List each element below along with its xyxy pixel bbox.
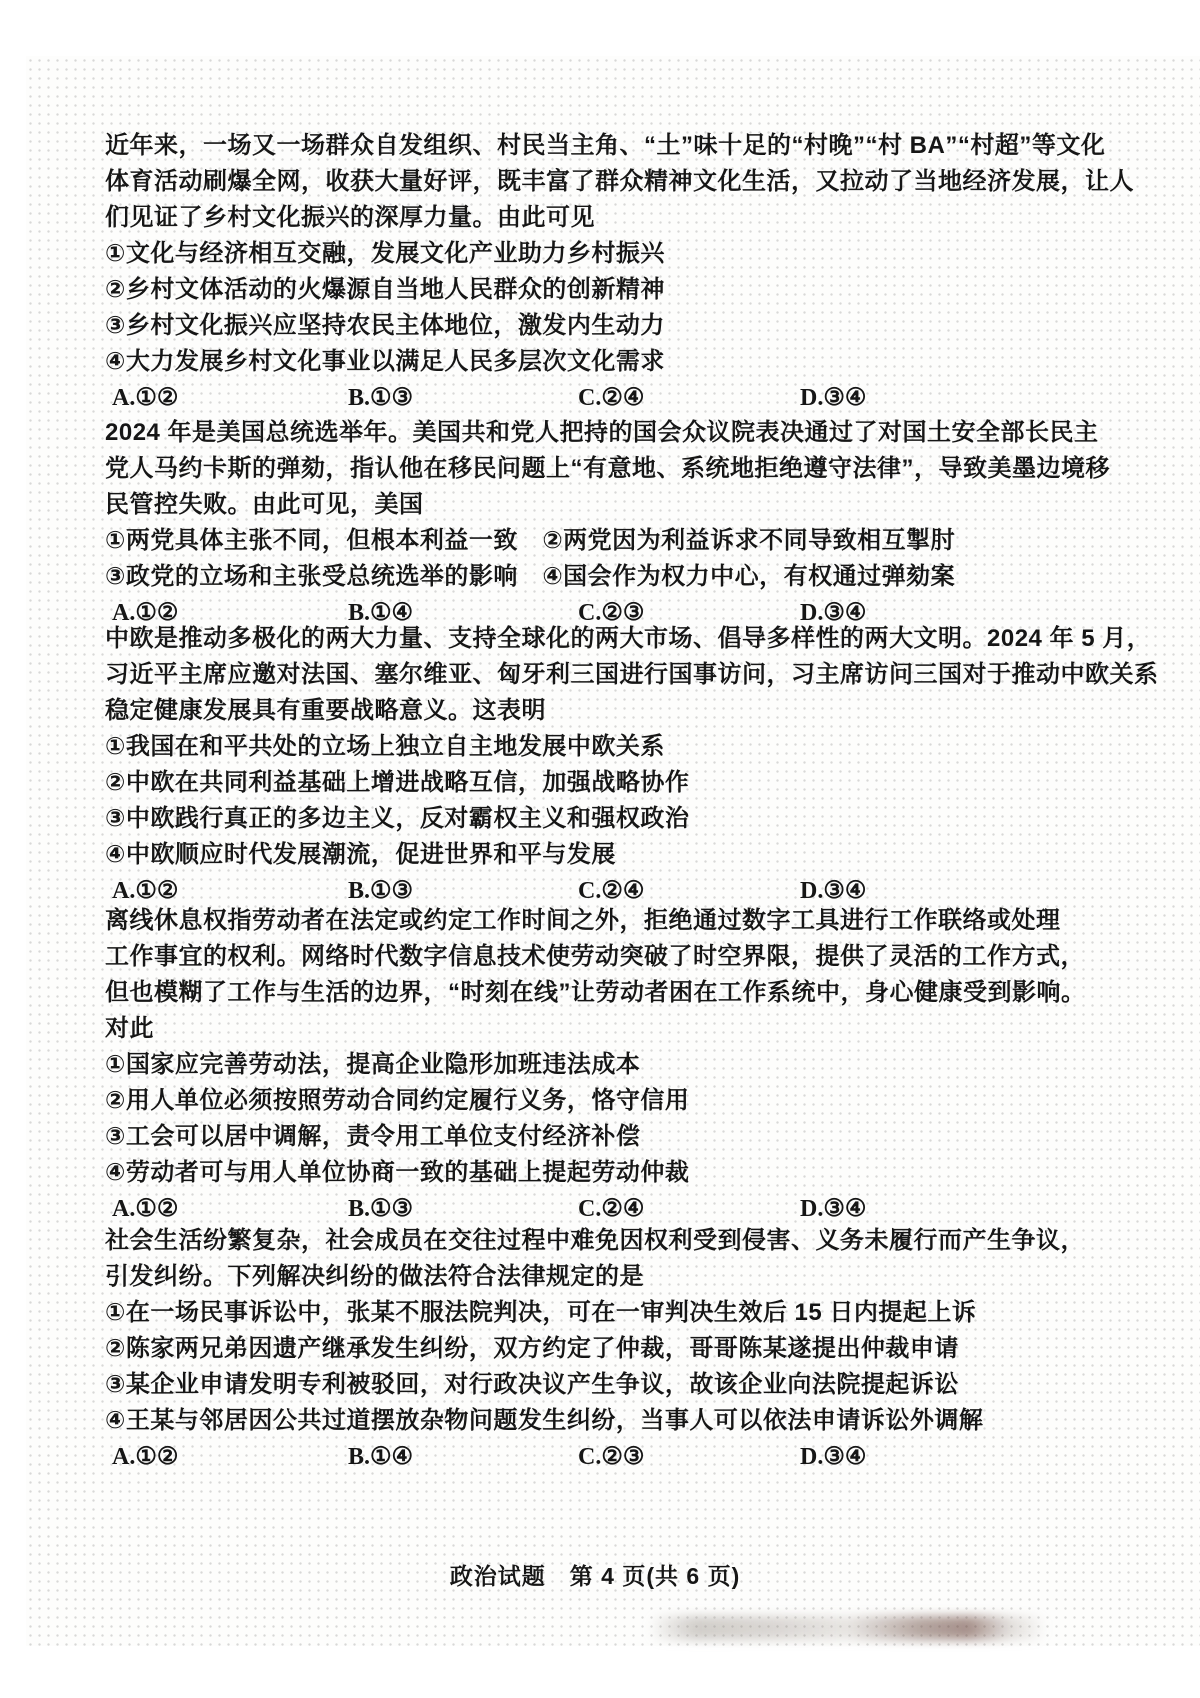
option-line: ②乡村文体活动的火爆源自当地人民群众的创新精神 (105, 272, 1172, 308)
choice-c: C.②④ (578, 380, 800, 416)
choices-row: A.①② B.①④ C.②③ D.③④ (112, 1439, 1172, 1475)
choice-a: A.①② (112, 1439, 348, 1475)
question-13: 13.2024 年是美国总统选举年。美国共和党人把持的国会众议院表决通过了对国土… (0, 415, 1200, 631)
stem-line: 党人马约卡斯的弹劾，指认他在移民问题上“有意地、系统地拒绝遵守法律”，导致美墨边… (105, 451, 1172, 487)
choice-a: A.①② (112, 1191, 348, 1227)
stem-line: 稳定健康发展具有重要战略意义。这表明 (105, 693, 1172, 729)
option-line: ③某企业申请发明专利被驳回，对行政决议产生争议，故该企业向法院提起诉讼 (105, 1367, 1172, 1403)
choice-c: C.②③ (578, 1439, 800, 1475)
option-line: ③政党的立场和主张受总统选举的影响 ④国会作为权力中心，有权通过弹劾案 (105, 559, 1172, 595)
option-line: ③中欧践行真正的多边主义，反对霸权主义和强权政治 (105, 801, 1172, 837)
choice-b: B.①③ (348, 1191, 578, 1227)
scanned-exam-page: { "page": { "footer": "政治试题 第 4 页(共 6 页)… (0, 0, 1200, 1698)
stem-line: 15.离线休息权指劳动者在法定或约定工作时间之外，拒绝通过数字工具进行工作联络或… (105, 903, 1172, 939)
question-16: 16.社会生活纷繁复杂，社会成员在交往过程中难免因权利受到侵害、义务未履行而产生… (0, 1223, 1200, 1475)
stem-text: 离线休息权指劳动者在法定或约定工作时间之外，拒绝通过数字工具进行工作联络或处理 (105, 907, 1061, 934)
stem-line: 引发纠纷。下列解决纠纷的做法符合法律规定的是 (105, 1259, 1172, 1295)
option-line: ②陈家两兄弟因遗产继承发生纠纷，双方约定了仲裁，哥哥陈某遂提出仲裁申请 (105, 1331, 1172, 1367)
option-line: ①文化与经济相互交融，发展文化产业助力乡村振兴 (105, 236, 1172, 272)
stem-line: 习近平主席应邀对法国、塞尔维亚、匈牙利三国进行国事访问，习主席访问三国对于推动中… (105, 657, 1172, 693)
option-line: ③乡村文化振兴应坚持农民主体地位，激发内生动力 (105, 308, 1172, 344)
choice-d: D.③④ (800, 1439, 1172, 1475)
option-line: ④大力发展乡村文化事业以满足人民多层次文化需求 (105, 344, 1172, 380)
choice-b: B.①③ (348, 380, 578, 416)
question-12: 12.近年来，一场又一场群众自发组织、村民当主角、“土”味十足的“村晚”“村 B… (0, 128, 1200, 416)
choice-c: C.②④ (578, 1191, 800, 1227)
stem-line: 但也模糊了工作与生活的边界，“时刻在线”让劳动者困在工作系统中，身心健康受到影响… (105, 975, 1172, 1011)
option-line: ①我国在和平共处的立场上独立自主地发展中欧关系 (105, 729, 1172, 765)
stem-line: 14.中欧是推动多极化的两大力量、支持全球化的两大市场、倡导多样性的两大文明。2… (105, 621, 1172, 657)
choice-b: B.①④ (348, 1439, 578, 1475)
option-line: ③工会可以居中调解，责令用工单位支付经济补偿 (105, 1119, 1172, 1155)
page-footer: 政治试题 第 4 页(共 6 页) (0, 1558, 1190, 1591)
option-line: ④中欧顺应时代发展潮流，促进世界和平与发展 (105, 837, 1172, 873)
stem-text: 社会生活纷繁复杂，社会成员在交往过程中难免因权利受到侵害、义务未履行而产生争议， (105, 1227, 1085, 1254)
stem-line: 16.社会生活纷繁复杂，社会成员在交往过程中难免因权利受到侵害、义务未履行而产生… (105, 1223, 1172, 1259)
choice-d: D.③④ (800, 380, 1172, 416)
stem-line: 对此 (105, 1011, 1172, 1047)
option-line: ①两党具体主张不同，但根本利益一致 ②两党因为利益诉求不同导致相互掣肘 (105, 523, 1172, 559)
choices-row: A.①② B.①③ C.②④ D.③④ (112, 380, 1172, 416)
option-line: ④王某与邻居因公共过道摆放杂物问题发生纠纷，当事人可以依法申请诉讼外调解 (105, 1403, 1172, 1439)
option-line: ②中欧在共同利益基础上增进战略互信，加强战略协作 (105, 765, 1172, 801)
option-line: ①国家应完善劳动法，提高企业隐形加班违法成本 (105, 1047, 1172, 1083)
stem-line: 们见证了乡村文化振兴的深厚力量。由此可见 (105, 200, 1172, 236)
stem-line: 12.近年来，一场又一场群众自发组织、村民当主角、“土”味十足的“村晚”“村 B… (105, 128, 1172, 164)
stem-line: 体育活动刷爆全网，收获大量好评，既丰富了群众精神文化生活，又拉动了当地经济发展，… (105, 164, 1172, 200)
stem-line: 13.2024 年是美国总统选举年。美国共和党人把持的国会众议院表决通过了对国土… (105, 415, 1172, 451)
stem-line: 工作事宜的权利。网络时代数字信息技术使劳动突破了时空界限，提供了灵活的工作方式， (105, 939, 1172, 975)
scan-smudge-artifact (648, 1616, 1048, 1640)
question-15: 15.离线休息权指劳动者在法定或约定工作时间之外，拒绝通过数字工具进行工作联络或… (0, 903, 1200, 1227)
choices-row: A.①② B.①③ C.②④ D.③④ (112, 1191, 1172, 1227)
option-line: ②用人单位必须按照劳动合同约定履行义务，恪守信用 (105, 1083, 1172, 1119)
stem-text: 中欧是推动多极化的两大力量、支持全球化的两大市场、倡导多样性的两大文明。2024… (105, 625, 1151, 652)
stem-line: 民管控失败。由此可见，美国 (105, 487, 1172, 523)
stem-text: 2024 年是美国总统选举年。美国共和党人把持的国会众议院表决通过了对国土安全部… (105, 419, 1099, 446)
choice-d: D.③④ (800, 1191, 1172, 1227)
option-line: ①在一场民事诉讼中，张某不服法院判决，可在一审判决生效后 15 日内提起上诉 (105, 1295, 1172, 1331)
stem-text: 近年来，一场又一场群众自发组织、村民当主角、“土”味十足的“村晚”“村 BA”“… (105, 132, 1105, 159)
choice-a: A.①② (112, 380, 348, 416)
question-14: 14.中欧是推动多极化的两大力量、支持全球化的两大市场、倡导多样性的两大文明。2… (0, 621, 1200, 909)
option-line: ④劳动者可与用人单位协商一致的基础上提起劳动仲裁 (105, 1155, 1172, 1191)
